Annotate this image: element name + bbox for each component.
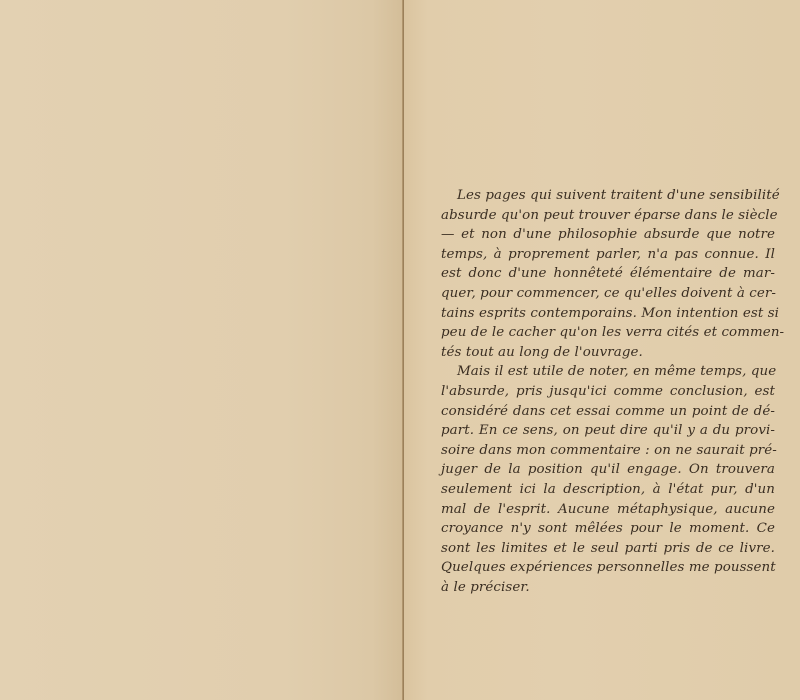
text-line: à le préciser.	[441, 578, 775, 598]
text-line: tés tout au long de l'ouvrage.	[441, 343, 775, 363]
text-line: considéré dans cet essai comme un point …	[441, 402, 775, 422]
text-line: mal de l'esprit. Aucune métaphysique, au…	[441, 500, 775, 520]
text-line: seulement ici la description, à l'état p…	[441, 480, 775, 500]
paragraph-2: Mais il est utile de noter, en même temp…	[441, 362, 775, 597]
text-line: est donc d'une honnêteté élémentaire de …	[441, 264, 775, 284]
text-line: Quelques expériences personnelles me pou…	[441, 558, 775, 578]
text-line: tains esprits contemporains. Mon intenti…	[441, 304, 775, 324]
text-line: soire dans mon commentaire : on ne saura…	[441, 441, 775, 461]
text-line: temps, à proprement parler, n'a pas conn…	[441, 245, 775, 265]
text-line: absurde qu'on peut trouver éparse dans l…	[441, 206, 775, 226]
text-line: Mais il est utile de noter, en même temp…	[441, 362, 775, 382]
text-line: peu de le cacher qu'on les verra cités e…	[441, 323, 775, 343]
text-line: quer, pour commencer, ce qu'elles doiven…	[441, 284, 775, 304]
text-line: sont les limites et le seul parti pris d…	[441, 539, 775, 559]
left-page	[0, 0, 404, 700]
text-line: part. En ce sens, on peut dire qu'il y a…	[441, 421, 775, 441]
text-line: l'absurde, pris jusqu'ici comme conclusi…	[441, 382, 775, 402]
text-line: juger de la position qu'il engage. On tr…	[441, 460, 775, 480]
preface-text: Les pages qui suivent traitent d'une sen…	[441, 186, 775, 597]
book-spread: Les pages qui suivent traitent d'une sen…	[0, 0, 800, 700]
text-line: Les pages qui suivent traitent d'une sen…	[441, 186, 775, 206]
text-line: croyance n'y sont mêlées pour le moment.…	[441, 519, 775, 539]
paragraph-1: Les pages qui suivent traitent d'une sen…	[441, 186, 775, 362]
text-line: — et non d'une philosophie absurde que n…	[441, 225, 775, 245]
